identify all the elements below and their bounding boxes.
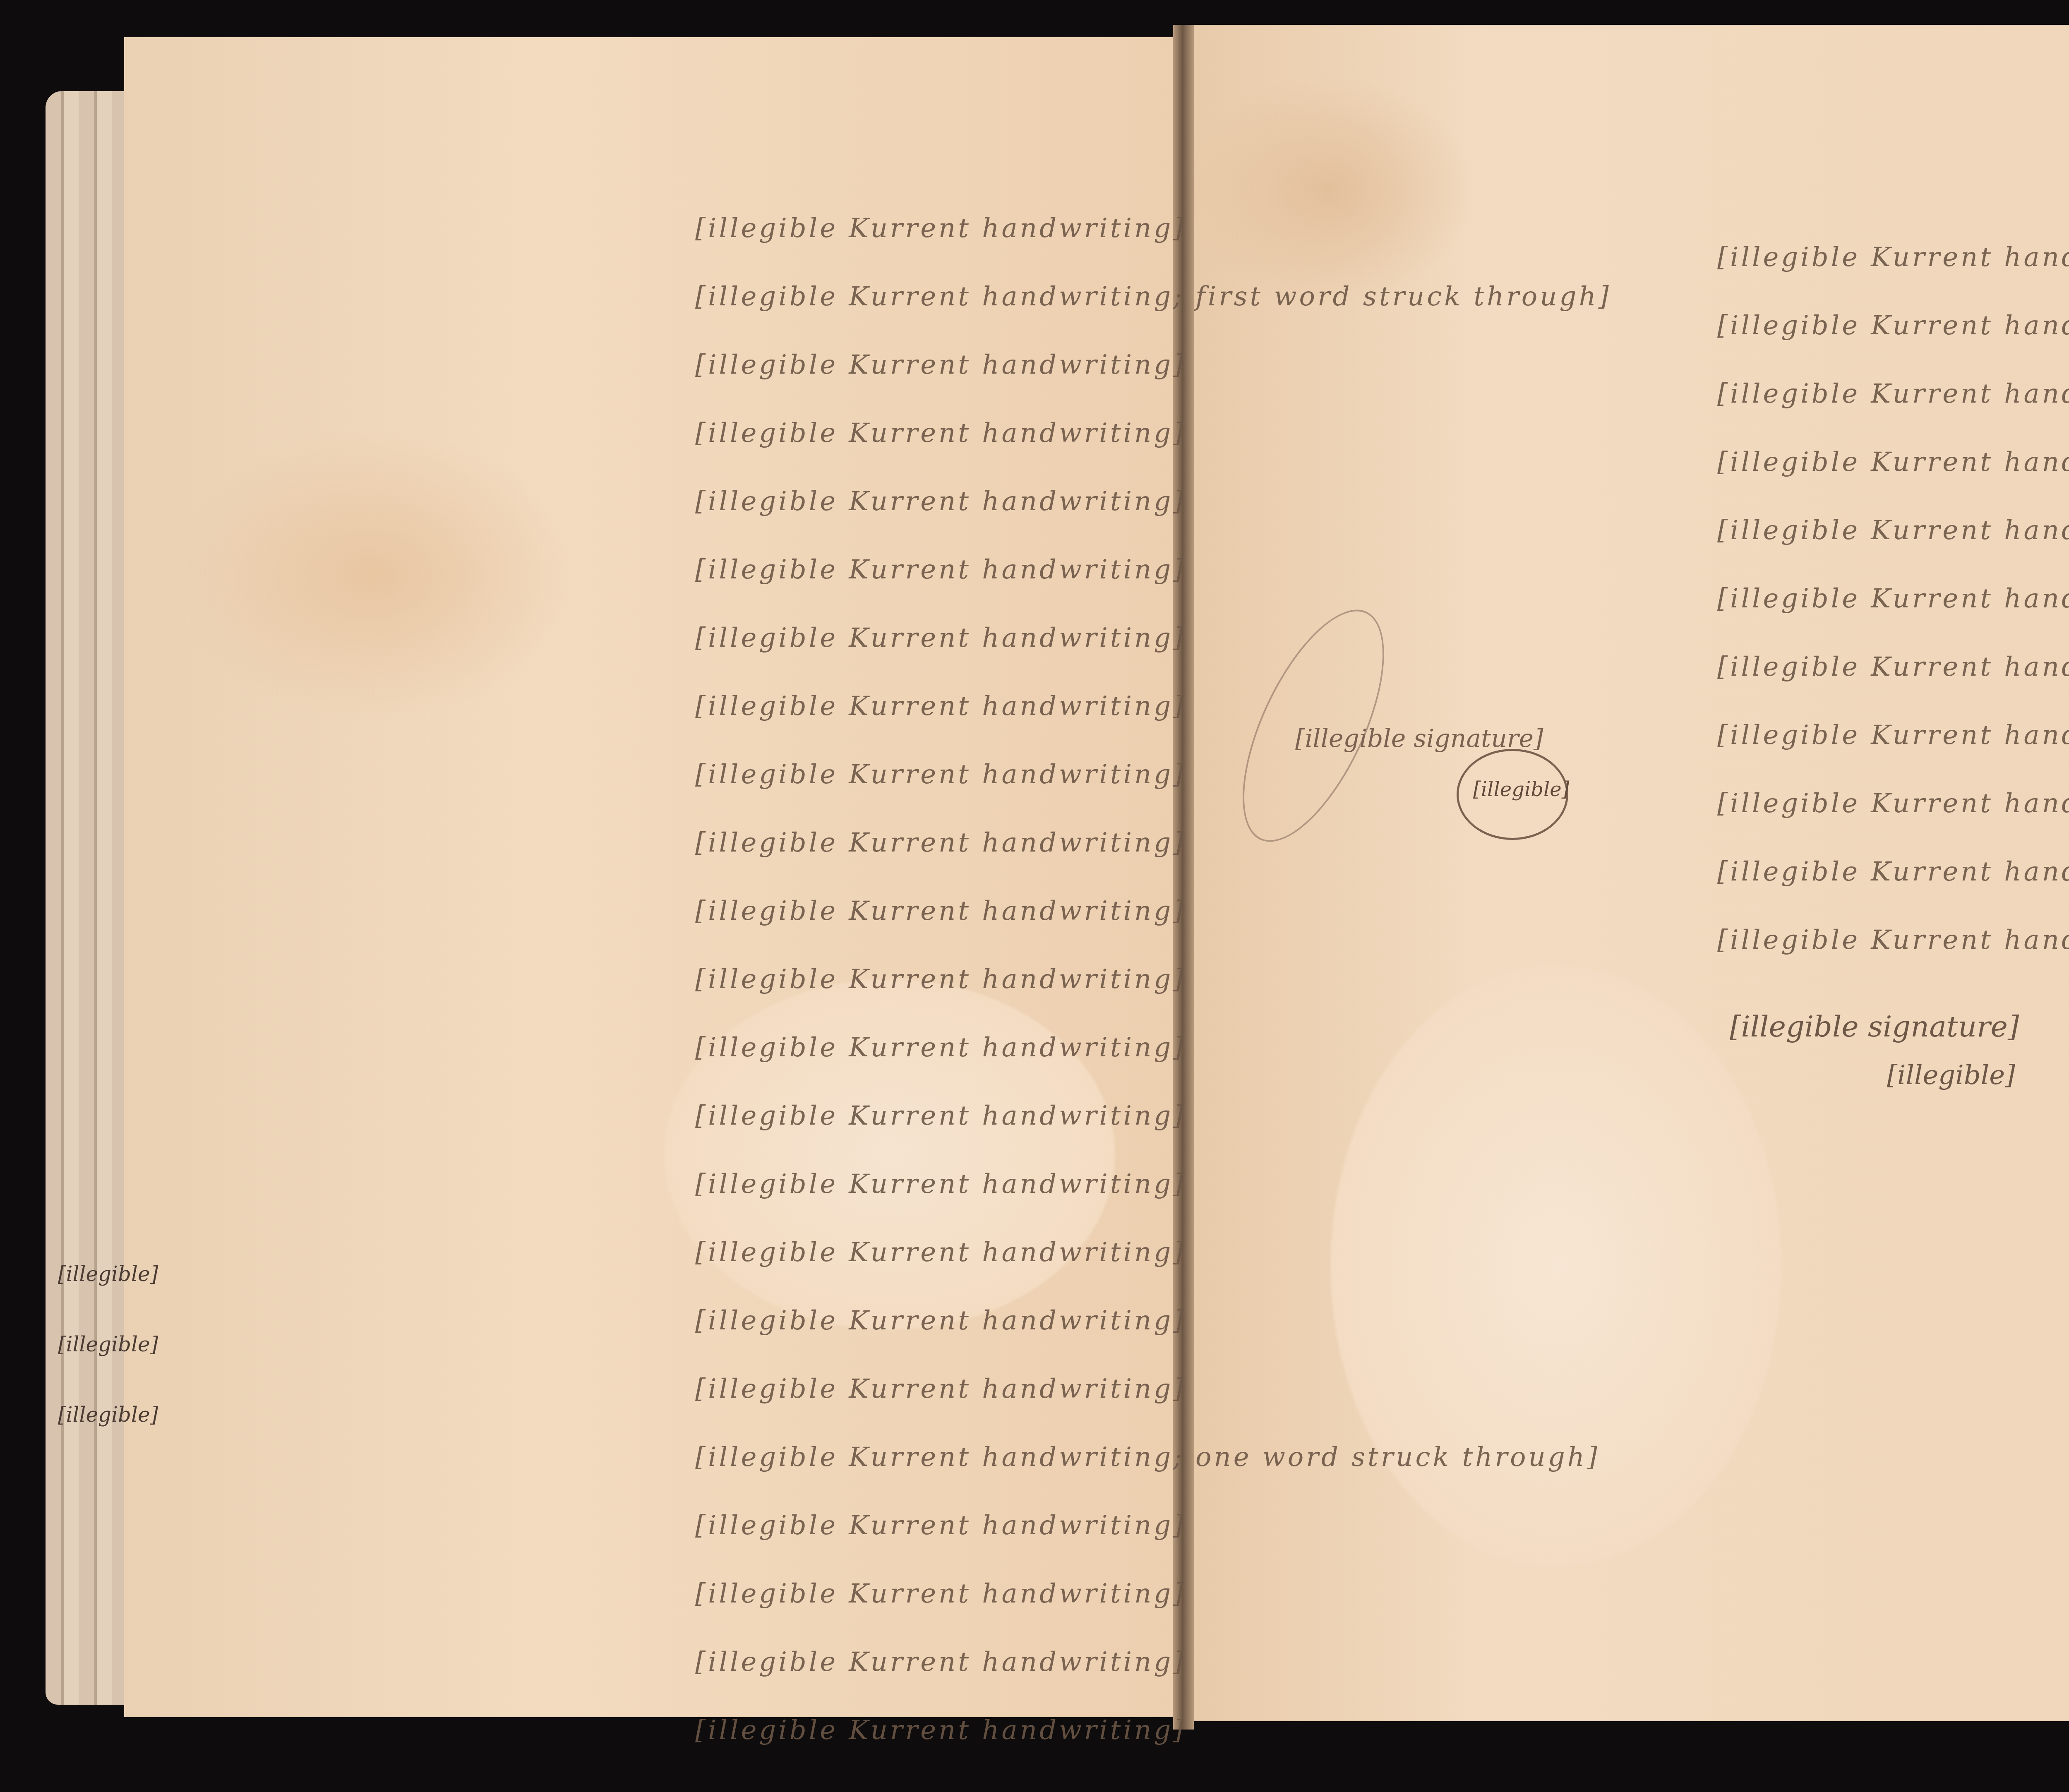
margin-note: [illegible]: [58, 1262, 108, 1332]
center-signature: [illegible signature] [illegible]: [1241, 674, 1614, 861]
text-line: [illegible Kurrent handwriting]: [1717, 701, 2069, 770]
text-line: [illegible Kurrent handwriting]: [695, 1560, 1183, 1628]
text-line: [illegible Kurrent handwriting]: [1717, 633, 2069, 701]
text-line: [illegible Kurrent handwriting]: [695, 1696, 1183, 1765]
text-line: [illegible Kurrent handwriting]: [695, 1628, 1183, 1696]
text-line: [illegible Kurrent handwriting]: [695, 877, 1183, 945]
text-line: [illegible Kurrent handwriting]: [695, 536, 1183, 604]
text-line: [illegible Kurrent handwriting]: [1717, 428, 2069, 497]
right-page-signature: [illegible signature] [illegible]: [1730, 1010, 2069, 1142]
text-line: [illegible Kurrent handwriting]: [1717, 906, 2069, 974]
circled-signature-text: [illegible]: [1473, 778, 1569, 801]
signature-line: [illegible]: [1887, 1060, 2069, 1091]
signature-text: [illegible signature]: [1295, 724, 1543, 753]
text-line: [illegible Kurrent handwriting]: [695, 1082, 1183, 1150]
text-line: [illegible Kurrent handwriting]: [695, 399, 1183, 468]
text-line: [illegible Kurrent handwriting]: [695, 194, 1183, 263]
signature-line: [illegible signature]: [1730, 1010, 2069, 1044]
text-line: [illegible Kurrent handwriting]: [695, 1355, 1183, 1423]
text-line: [illegible Kurrent handwriting]: [1717, 770, 2069, 838]
text-line: [illegible Kurrent handwriting]: [695, 1287, 1183, 1355]
text-line: [illegible Kurrent handwriting]: [695, 1150, 1183, 1219]
text-line: [illegible Kurrent handwriting]: [695, 672, 1183, 741]
text-line: [illegible Kurrent handwriting]: [1717, 497, 2069, 565]
text-line: [illegible Kurrent handwriting; first wo…: [695, 263, 1183, 331]
margin-note: [illegible]: [58, 1403, 108, 1473]
text-line: [illegible Kurrent handwriting]: [1717, 360, 2069, 428]
margin-notes: [illegible] [illegible] [illegible]: [58, 1262, 108, 1473]
text-line: [illegible Kurrent handwriting]: [695, 331, 1183, 399]
text-line: [illegible Kurrent handwriting]: [1717, 838, 2069, 906]
left-page-text: [illegible Kurrent handwriting] [illegib…: [695, 194, 1183, 1765]
text-line: [illegible Kurrent handwriting]: [1717, 223, 2069, 292]
text-line: [illegible Kurrent handwriting]: [695, 1219, 1183, 1287]
right-page-text: [illegible Kurrent handwriting] [illegib…: [1717, 223, 2069, 974]
text-line: [illegible Kurrent handwriting]: [695, 604, 1183, 672]
text-line: [illegible Kurrent handwriting]: [695, 741, 1183, 809]
text-line: [illegible Kurrent handwriting]: [695, 1492, 1183, 1560]
text-line: [illegible Kurrent handwriting]: [695, 945, 1183, 1014]
text-line: [illegible Kurrent handwriting]: [695, 1014, 1183, 1082]
text-line: [illegible Kurrent handwriting]: [1717, 565, 2069, 633]
margin-note: [illegible]: [58, 1332, 108, 1403]
text-line: [illegible Kurrent handwriting]: [1717, 292, 2069, 360]
text-line: [illegible Kurrent handwriting]: [695, 809, 1183, 877]
text-line: [illegible Kurrent handwriting]: [695, 468, 1183, 536]
text-line: [illegible Kurrent handwriting; one word…: [695, 1423, 1183, 1492]
